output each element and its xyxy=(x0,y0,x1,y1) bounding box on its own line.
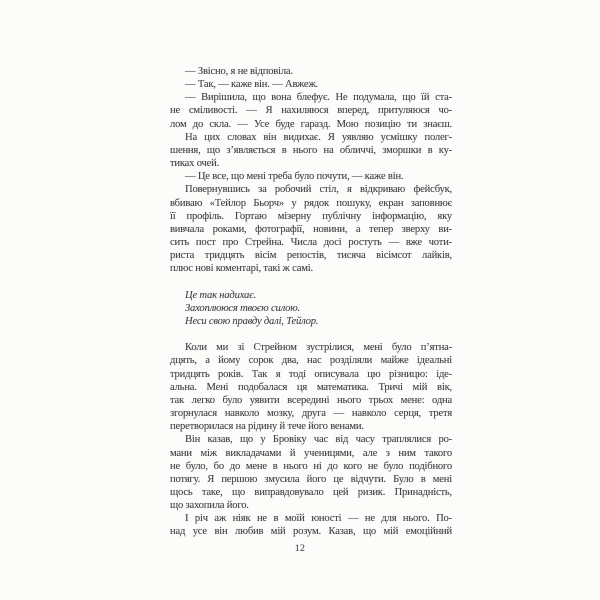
quote-line: Захоплююся твоєю силою. xyxy=(170,302,452,315)
text-line: тридцять років. Так я тоді описувала цю … xyxy=(170,368,452,381)
text-line: щось таке, що виправдовувало цей ризик. … xyxy=(170,486,452,499)
text-block: — Звісно, я не відповіла.— Так, — каже в… xyxy=(170,65,452,539)
text-line: згорнулася навколо мозку, друга — навкол… xyxy=(170,407,452,420)
text-line: лом до скла. — Усе буде гаразд. Мою пози… xyxy=(170,118,452,131)
text-line: — Так, — каже він. — Авжеж. xyxy=(170,78,452,91)
paragraph-gap xyxy=(170,276,452,289)
text-line: не сміливості. — Я нахиляюся вперед, при… xyxy=(170,104,452,117)
text-line: шення, що з’являється в нього на обличчі… xyxy=(170,144,452,157)
text-line: вивчала роками, фотографії, новини, а те… xyxy=(170,223,452,236)
text-line: не було, бо до мене в нього ні до кого н… xyxy=(170,460,452,473)
text-line: потягу. Я першою змусила його це відчути… xyxy=(170,473,452,486)
text-line: альна. Мені подобалася ця математика. Тр… xyxy=(170,381,452,394)
text-line: На цих словах він видихає. Я уявляю усмі… xyxy=(170,131,452,144)
page-number: 12 xyxy=(0,543,600,554)
text-line: вбиваю «Тейлор Бьорч» у рядок пошуку, ек… xyxy=(170,197,452,210)
text-line: мани між викладачами й ученицями, але з … xyxy=(170,447,452,460)
paragraph-gap xyxy=(170,328,452,341)
text-line: що захопила його. xyxy=(170,499,452,512)
text-line: перетворилася на рідину й тече його вена… xyxy=(170,420,452,433)
text-line: плюс нові коментарі, такі ж самі. xyxy=(170,262,452,275)
quote-line: Це так надихає. xyxy=(170,289,452,302)
text-line: — Це все, що мені треба було почути, — к… xyxy=(170,170,452,183)
text-line: дцять, а йому сорок два, нас розділяли м… xyxy=(170,354,452,367)
text-line: — Вирішила, що вона блефує. Не подумала,… xyxy=(170,91,452,104)
text-line: Повернувшись за робочий стіл, я відкрива… xyxy=(170,183,452,196)
book-page: — Звісно, я не відповіла.— Так, — каже в… xyxy=(0,0,600,600)
text-line: тиках очей. xyxy=(170,157,452,170)
text-line: Він казав, що у Бровіку час від часу тра… xyxy=(170,433,452,446)
text-line: сить пост про Стрейна. Числа досі ростут… xyxy=(170,236,452,249)
text-line: — Звісно, я не відповіла. xyxy=(170,65,452,78)
text-line: так легко було уявити всередині нього тр… xyxy=(170,394,452,407)
text-line: Коли ми зі Стрейном зустрілися, мені бул… xyxy=(170,341,452,354)
quote-line: Неси свою правду далі, Тейлор. xyxy=(170,315,452,328)
text-line: риста тридцять вісім репостів, тисяча ві… xyxy=(170,249,452,262)
text-line: її профіль. Гортаю мізерну публічну інфо… xyxy=(170,210,452,223)
text-line: І річ аж ніяк не в моїй юності — не для … xyxy=(170,512,452,525)
text-line: над усе він любив мій розум. Казав, що м… xyxy=(170,525,452,538)
